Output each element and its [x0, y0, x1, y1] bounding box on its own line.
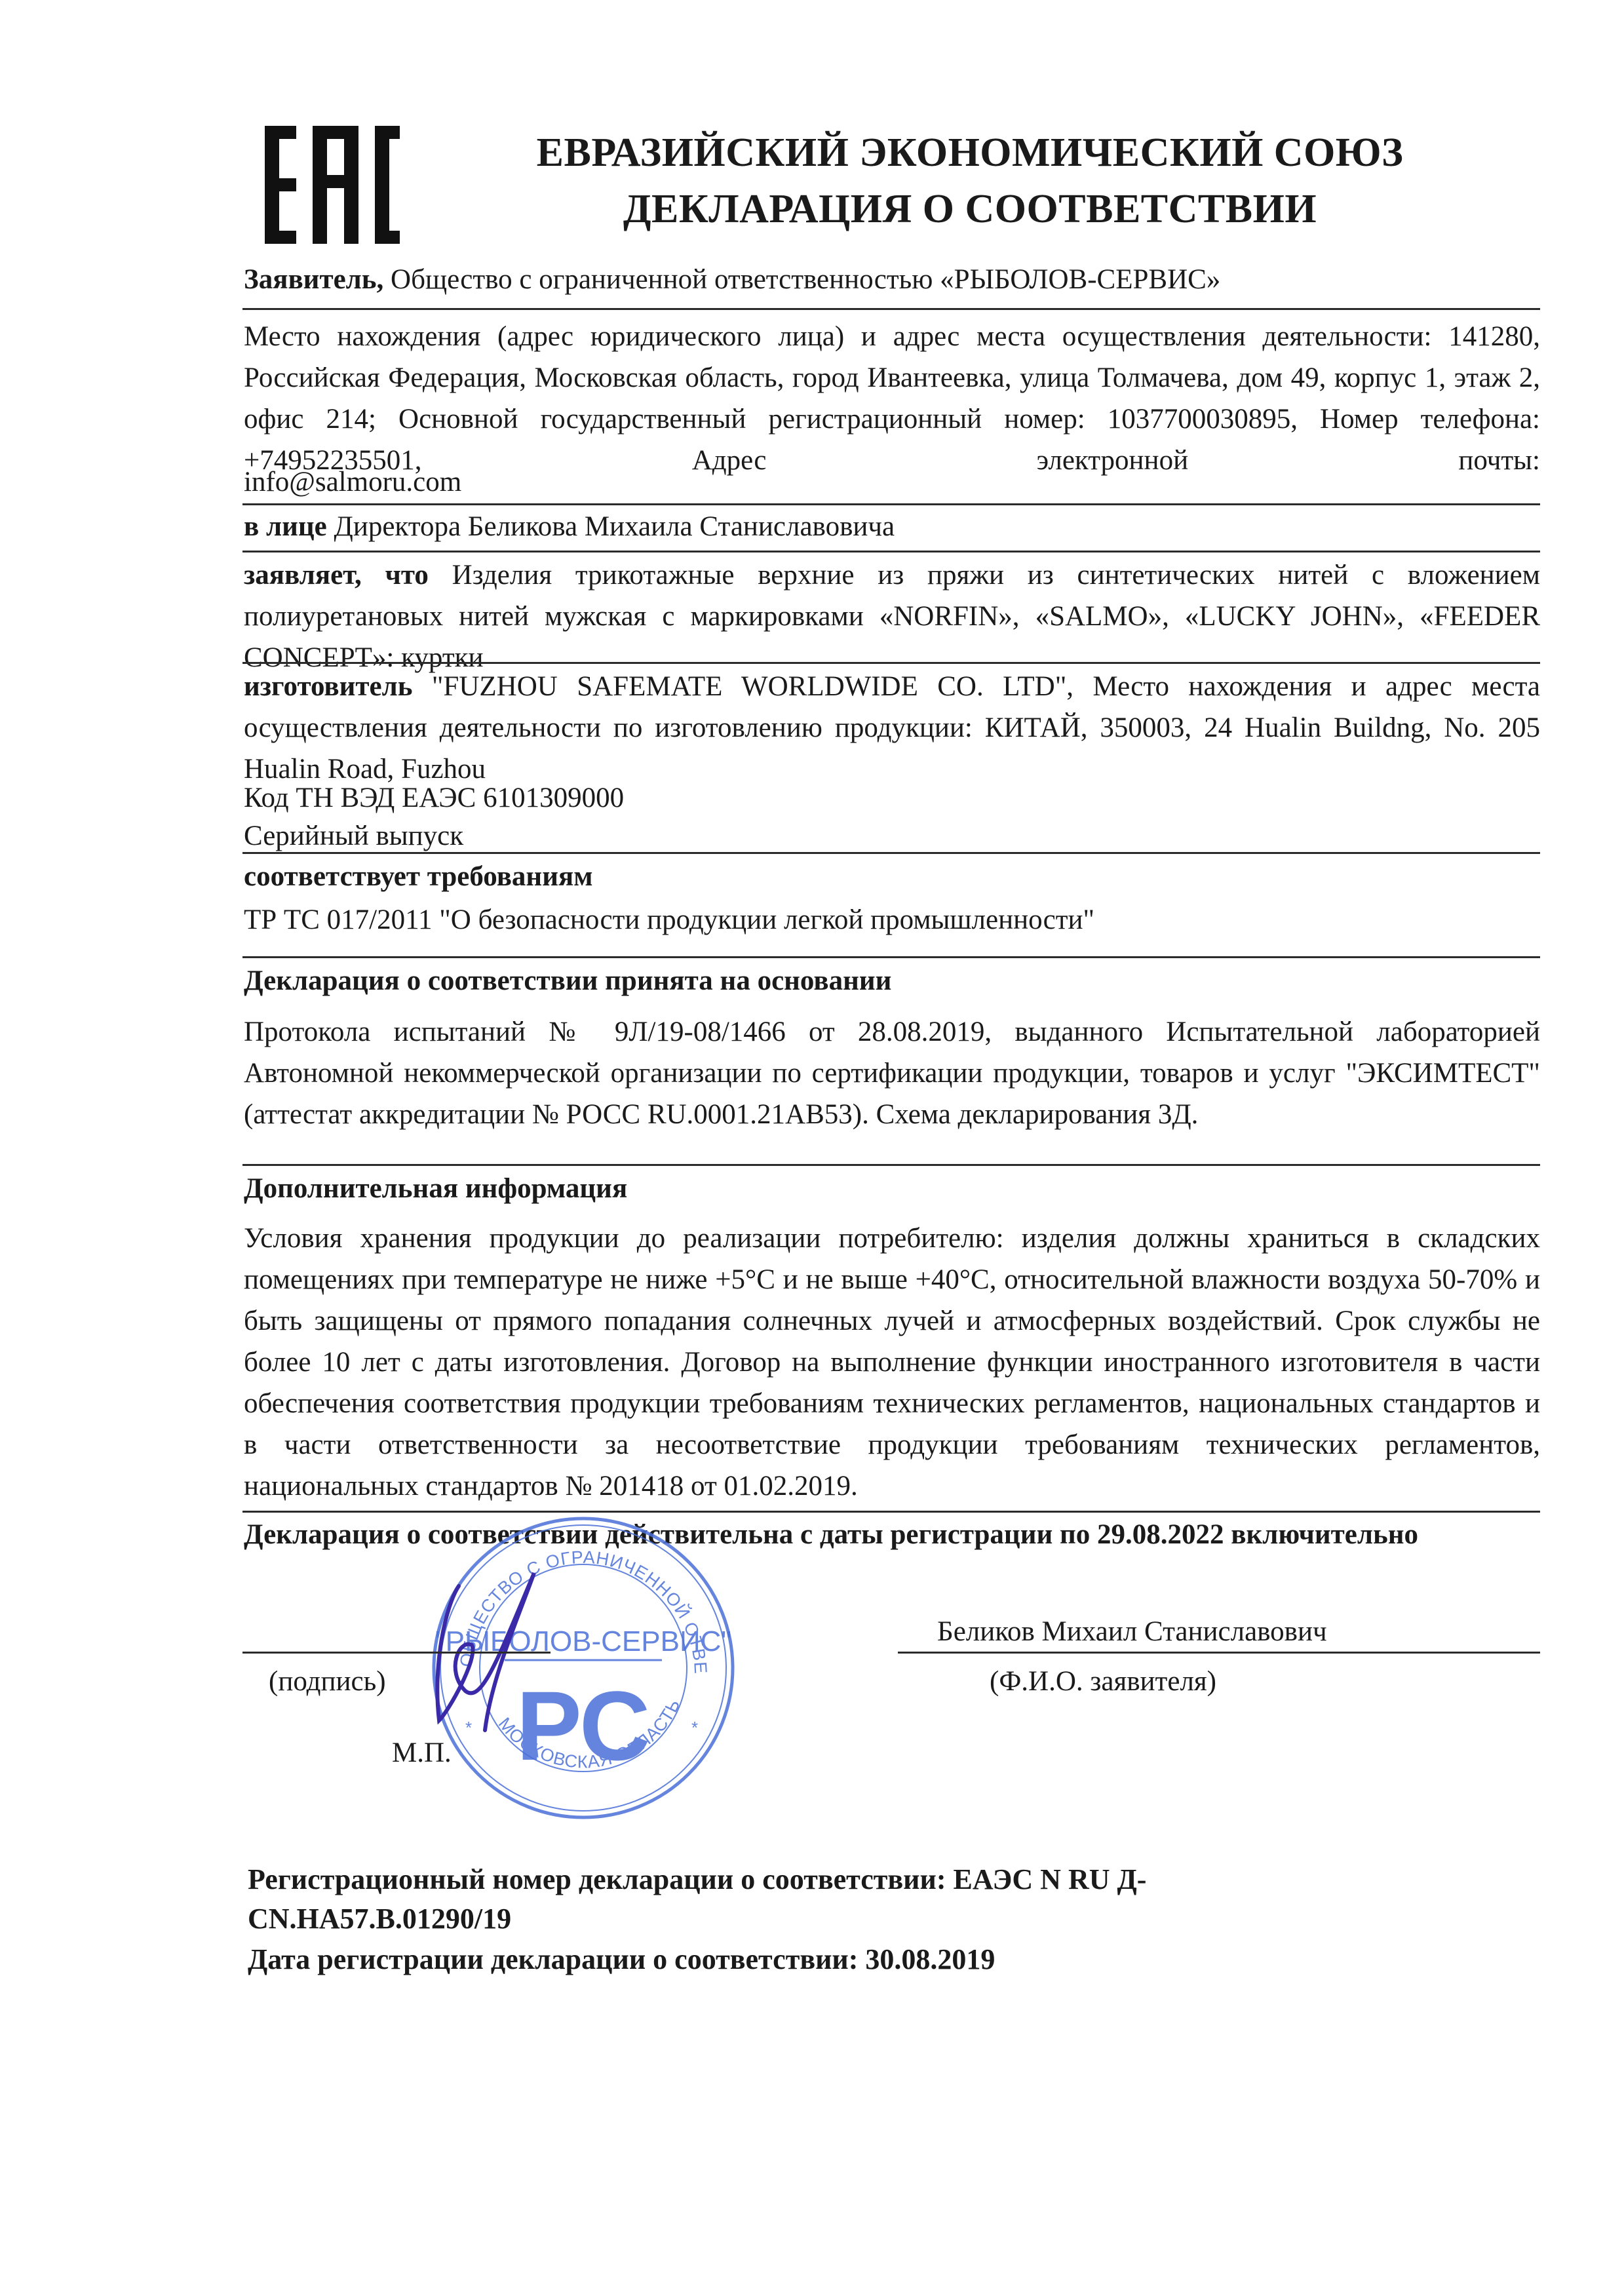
representative-value: Директора Беликова Михаила Станиславович… [327, 511, 895, 542]
registration-number-value: CN.HA57.B.01290/19 [248, 1899, 1427, 1939]
manufacturer-label: изготовитель [244, 671, 413, 702]
applicant-email: info@salmoru.com [244, 461, 1540, 503]
representative-label: в лице [244, 511, 327, 542]
signature-line [242, 1652, 551, 1654]
seal-place-label: М.П. [392, 1737, 452, 1769]
divider [242, 852, 1540, 854]
manufacturer-row: изготовитель "FUZHOU SAFEMATE WORLDWIDE … [244, 666, 1540, 790]
product-code: Код ТН ВЭД ЕАЭС 6101309000 [244, 777, 1540, 819]
divider [242, 1164, 1540, 1166]
divider [242, 551, 1540, 552]
document-title: ЕВРАЗИЙСКИЙ ЭКОНОМИЧЕСКИЙ СОЮЗ ДЕКЛАРАЦИ… [459, 125, 1481, 237]
conforms-heading: соответствует требованиям [244, 856, 1540, 897]
title-union: ЕВРАЗИЙСКИЙ ЭКОНОМИЧЕСКИЙ СОЮЗ [459, 125, 1481, 181]
declares-label: заявляет, что [244, 560, 429, 591]
additional-text: Условия хранения продукции до реализации… [244, 1218, 1540, 1507]
basis-text: Протокола испытаний № 9Л/19-08/1466 от 2… [244, 1011, 1540, 1135]
conforms-standard: ТР ТС 017/2011 "О безопасности продукции… [244, 899, 1540, 940]
registration-date: Дата регистрации декларации о соответств… [248, 1940, 1427, 1979]
signer-name: Беликов Михаил Станиславович [937, 1614, 1327, 1650]
divider [242, 503, 1540, 505]
divider [242, 308, 1540, 310]
divider [242, 956, 1540, 958]
registration-number: Регистрационный номер декларации о соотв… [248, 1860, 1427, 1939]
applicant-value: Общество с ограниченной ответственностью… [383, 264, 1220, 295]
title-declaration: ДЕКЛАРАЦИЯ О СООТВЕТСТВИИ [459, 181, 1481, 237]
divider [242, 662, 1540, 664]
additional-heading: Дополнительная информация [244, 1168, 1540, 1209]
name-line [898, 1652, 1540, 1654]
eac-logo-icon [257, 119, 401, 248]
declares-row: заявляет, что Изделия трикотажные верхни… [244, 554, 1540, 678]
manufacturer-value: "FUZHOU SAFEMATE WORLDWIDE CO. LTD", Мес… [244, 671, 1540, 785]
registration-number-label: Регистрационный номер декларации о соотв… [248, 1860, 1427, 1899]
signature-caption: (подпись) [269, 1663, 386, 1700]
declares-value: Изделия трикотажные верхние из пряжи из … [244, 560, 1540, 673]
declaration-page: ЕВРАЗИЙСКИЙ ЭКОНОМИЧЕСКИЙ СОЮЗ ДЕКЛАРАЦИ… [0, 0, 1624, 2286]
production-type: Серийный выпуск [244, 815, 1540, 857]
applicant-label: Заявитель, [244, 264, 383, 295]
basis-heading: Декларация о соответствии принята на осн… [244, 960, 1540, 1001]
applicant-address: Место нахождения (адрес юридического лиц… [244, 316, 1540, 481]
applicant-row: Заявитель, Общество с ограниченной ответ… [244, 259, 1540, 300]
representative-row: в лице Директора Беликова Михаила Станис… [244, 506, 1540, 547]
svg-text:*: * [691, 1718, 698, 1737]
name-caption: (Ф.И.О. заявителя) [990, 1663, 1216, 1700]
